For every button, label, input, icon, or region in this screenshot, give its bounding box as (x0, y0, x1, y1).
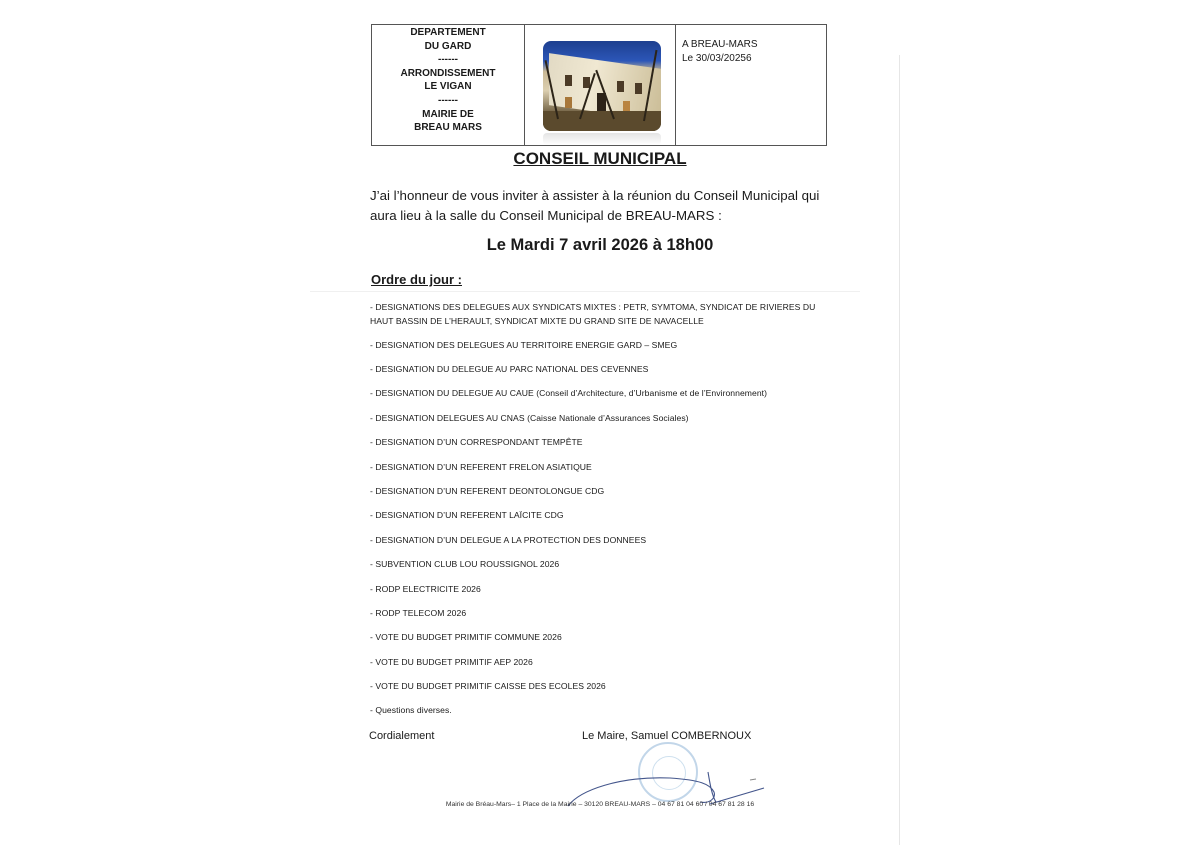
letterhead-line: LE VIGAN (372, 80, 524, 94)
letterhead-line: ARRONDISSEMENT (372, 67, 524, 81)
letterhead-separator: ------ (372, 94, 524, 108)
photo-reflection (543, 133, 661, 145)
agenda-item: - RODP TELECOM 2026 (370, 606, 840, 620)
signature-icon (560, 740, 780, 810)
letterhead-separator: ------ (372, 53, 524, 67)
agenda-item: - VOTE DU BUDGET PRIMITIF COMMUNE 2026 (370, 630, 840, 644)
agenda-list: - DESIGNATIONS DES DELEGUES AUX SYNDICAT… (370, 300, 840, 728)
invitation-text: J’ai l’honneur de vous inviter à assiste… (370, 186, 830, 226)
letterhead-table: DEPARTEMENT DU GARD ------ ARRONDISSEMEN… (371, 24, 827, 146)
agenda-item: - DESIGNATION D’UN REFERENT FRELON ASIAT… (370, 460, 840, 474)
agenda-item: - RODP ELECTRICITE 2026 (370, 582, 840, 596)
meeting-date: Le Mardi 7 avril 2026 à 18h00 (0, 236, 1200, 255)
agenda-item: - DESIGNATION D’UN REFERENT LAÏCITE CDG (370, 508, 840, 522)
letterhead-photo-cell (525, 25, 676, 145)
letterhead-line: BREAU MARS (372, 121, 524, 135)
scan-artifact-line (310, 291, 860, 292)
agenda-item: - DESIGNATIONS DES DELEGUES AUX SYNDICAT… (370, 300, 840, 328)
closing-salutation: Cordialement (369, 730, 434, 742)
agenda-item: - DESIGNATION D’UN CORRESPONDANT TEMPÊTE (370, 435, 840, 449)
scan-edge-line (899, 55, 900, 845)
agenda-item: - DESIGNATION DELEGUES AU CNAS (Caisse N… (370, 411, 840, 425)
agenda-item: - VOTE DU BUDGET PRIMITIF AEP 2026 (370, 655, 840, 669)
letterhead-place-date: A BREAU-MARS Le 30/03/20256 (676, 25, 826, 145)
town-hall-photo (543, 41, 661, 131)
agenda-heading: Ordre du jour : (371, 272, 462, 287)
document-title: CONSEIL MUNICIPAL (0, 149, 1200, 169)
letter-place: A BREAU-MARS (682, 38, 826, 52)
document-page: DEPARTEMENT DU GARD ------ ARRONDISSEMEN… (0, 0, 1200, 848)
agenda-item: - DESIGNATION D’UN DELEGUE A LA PROTECTI… (370, 533, 840, 547)
letterhead-line: DEPARTEMENT (372, 26, 524, 40)
letterhead-line: DU GARD (372, 40, 524, 54)
agenda-item: - DESIGNATION D’UN REFERENT DEONTOLONGUE… (370, 484, 840, 498)
agenda-item: - DESIGNATION DU DELEGUE AU PARC NATIONA… (370, 362, 840, 376)
agenda-item: - DESIGNATION DES DELEGUES AU TERRITOIRE… (370, 338, 840, 352)
agenda-item: - VOTE DU BUDGET PRIMITIF CAISSE DES ECO… (370, 679, 840, 693)
letterhead-administration: DEPARTEMENT DU GARD ------ ARRONDISSEMEN… (372, 25, 525, 145)
agenda-item: - DESIGNATION DU DELEGUE AU CAUE (Consei… (370, 386, 840, 400)
agenda-item: - SUBVENTION CLUB LOU ROUSSIGNOL 2026 (370, 557, 840, 571)
letter-date: Le 30/03/20256 (682, 52, 826, 66)
footer-contact: Mairie de Bréau-Mars– 1 Place de la Mair… (0, 801, 1200, 808)
agenda-item: - Questions diverses. (370, 703, 840, 717)
letterhead-line: MAIRIE DE (372, 108, 524, 122)
